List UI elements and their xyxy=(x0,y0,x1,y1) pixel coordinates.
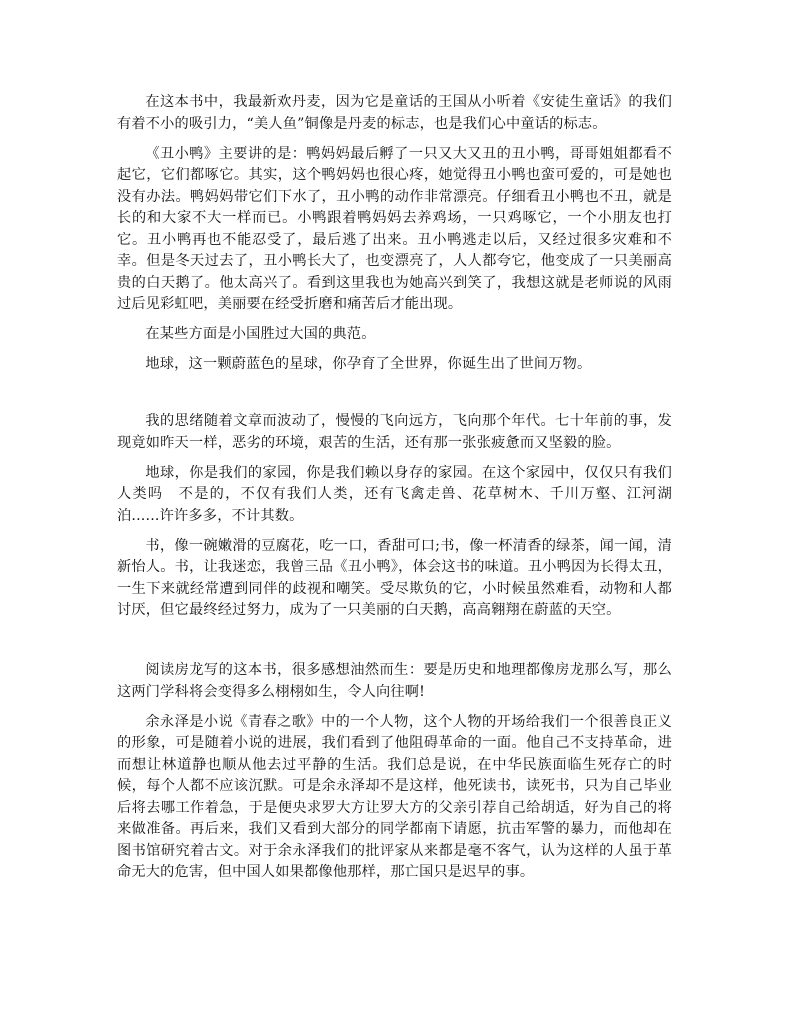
section-2: 我的思绪随着文章而波动了，慢慢的飞向远方，飞向那个年代。七十年前的事，发现竟如昨… xyxy=(117,411,672,622)
paragraph: 书，像一碗嫩滑的豆腐花，吃一口，香甜可口;书，像一杯清香的绿茶，闻一闻，清新怡人… xyxy=(117,536,672,622)
section-spacer xyxy=(117,384,672,411)
paragraph: 地球，这一颗蔚蓝色的星球，你孕育了全世界，你诞生出了世间万物。 xyxy=(117,354,672,376)
section-spacer xyxy=(117,630,672,660)
section-1: 在这本书中，我最新欢丹麦，因为它是童话的王国从小听着《安徒生童话》的我们有着不小… xyxy=(117,92,672,376)
section-3: 阅读房龙写的这本书，很多感想油然而生：要是历史和地理都像房龙那么写，那么这两门学… xyxy=(117,660,672,884)
paragraph: 我的思绪随着文章而波动了，慢慢的飞向远方，飞向那个年代。七十年前的事，发现竟如昨… xyxy=(117,411,672,454)
paragraph: 《丑小鸭》主要讲的是：鸭妈妈最后孵了一只又大又丑的丑小鸭，哥哥姐姐都看不起它，它… xyxy=(117,144,672,316)
paragraph: 余永泽是小说《青春之歌》中的一个人物，这个人物的开场给我们一个很善良正义的形象，… xyxy=(117,712,672,884)
paragraph: 阅读房龙写的这本书，很多感想油然而生：要是历史和地理都像房龙那么写，那么这两门学… xyxy=(117,660,672,703)
paragraph: 在某些方面是小国胜过大国的典范。 xyxy=(117,324,672,346)
paragraph: 地球，你是我们的家园，你是我们赖以身存的家园。在这个家园中，仅仅只有我们人类吗 … xyxy=(117,463,672,528)
document-page: 在这本书中，我最新欢丹麦，因为它是童话的王国从小听着《安徒生童话》的我们有着不小… xyxy=(117,92,672,892)
paragraph: 在这本书中，我最新欢丹麦，因为它是童话的王国从小听着《安徒生童话》的我们有着不小… xyxy=(117,92,672,135)
